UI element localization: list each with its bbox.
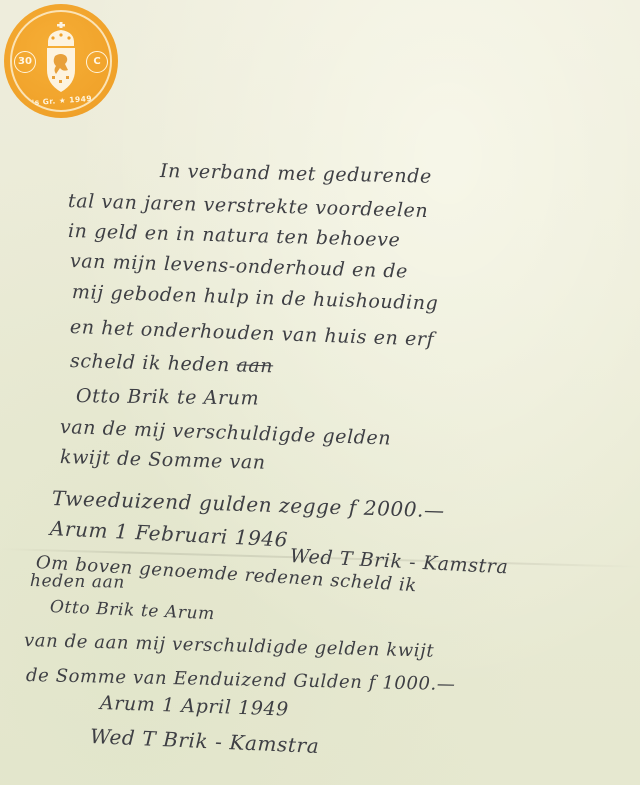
entry-1949-line-2: heden aan: [30, 571, 125, 593]
coat-of-arms-icon: [44, 22, 78, 102]
revenue-stamp: 30 C 's Gr. ★ 1949: [4, 4, 118, 118]
entry-1946-payee: Otto Brik te Arum: [76, 385, 259, 410]
stamp-value-number: 30: [14, 51, 36, 73]
struck-out-word: aan: [236, 354, 273, 377]
stamp-value-currency: C: [86, 51, 108, 73]
entry-1946-line-7-text: scheld ik heden: [70, 350, 230, 376]
